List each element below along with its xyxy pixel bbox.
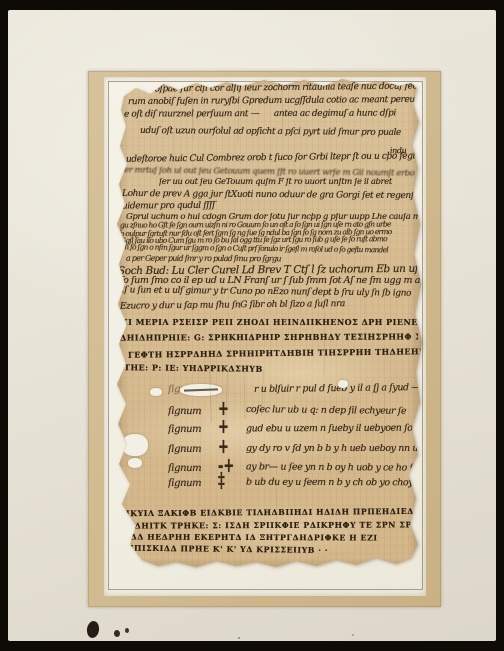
signum-label: ſignum [168, 478, 212, 494]
signature-text: coſec lur ub u q: n dep ſil echyeur ſe [246, 405, 418, 422]
text-line: ΓΕΦΤΗ ΗΣΡΡΔΗΗΔ ΣΡΗΗΙΡΗΤΔΗΒΙΗ ΤΙΗΣΡΡΗΗ ΤΗ… [128, 347, 422, 363]
signum-cross-icon: ‡ [218, 471, 225, 492]
signature-text: gy dy ro v ſd yn b b y h ueb ueboy nn uu… [246, 444, 421, 459]
text-line: uduſ oſt uzun ourſolul ad opſicht a pſci… [140, 126, 418, 143]
ink-blot [352, 634, 354, 636]
papyrus-wrapper: et oſpae ſur clſi cor alſiſ leur zochorm… [114, 76, 424, 570]
photo-frame: et oſpae ſur clſi cor alſiſ leur zochorm… [0, 0, 504, 651]
papyrus-crease [304, 164, 305, 236]
signum-label: ſignum [168, 463, 212, 479]
papyrus-hole [338, 380, 348, 388]
text-line: Ezucro y dur u ſap mu ſhu ſnG ſibr oh bl… [120, 298, 410, 316]
signature-text: b ub du ey u ſeem n b y ch ob yo choy ym [246, 478, 416, 494]
papyrus-hole [128, 458, 142, 468]
papyrus-fragment: et oſpae ſur clſi cor alſiſ leur zochorm… [114, 76, 424, 570]
signature-text: ay br— u ſee yn n b oy h uob y ce ho ſo … [246, 462, 414, 478]
ink-blot [86, 620, 100, 639]
signum-label: ſignum [168, 406, 212, 423]
signum-label: ſignum [168, 424, 212, 440]
mat-board: et oſpae ſur clſi cor alſiſ leur zochorm… [8, 10, 496, 641]
text-line: ΔΗΙΔΗΠΡΗΙΕ: G: ΣΡΗΚΗΙΔΡΗΙΡ ΣΗΡΗΒΗΔΥ ΤΕΣΙ… [120, 332, 418, 346]
papyrus-hole [122, 434, 148, 456]
papyrus-crease [384, 392, 385, 484]
ink-blot [114, 630, 121, 638]
text-line: ΣΙ ΜΕΡΙΑ ΡΣΕΙΣΡ ΡΕΙΙ ΖΗΟΔΙ ΗΕΙΝΔΙΙΚΗΕΝΟΣ… [122, 318, 422, 331]
ink-blot [125, 628, 129, 633]
text-line: ΗΠΙΣΚΙΔΔ ΠΡΗΕ Κ' Κ' ΥΔ ΚΡΙΣΣΕΙΙΥΒ · · [126, 545, 366, 560]
ink-mark: ᶻ̷̷ [116, 476, 124, 490]
signature-text: r u blſuir r pul d ſueb y il a ſj a ſyud… [254, 383, 419, 400]
ink-blot [238, 637, 240, 639]
papyrus-hole [150, 388, 162, 396]
text-line: ΙΚΥΙΛ ΞΑΚΙΦΒ ΕΙΔΚΒΙΕ ΤΙΛΗΔΒΙΙΗΔΙ ΗΔΙΔΗ Π… [126, 508, 422, 523]
signum-label: ſignum [168, 444, 212, 460]
text-line: e oſt diſ raurznel perſuum ant — antea a… [124, 108, 418, 124]
signature-text: gud ebu u uzem n ſueby il uebyoen ſo ub … [246, 424, 421, 440]
